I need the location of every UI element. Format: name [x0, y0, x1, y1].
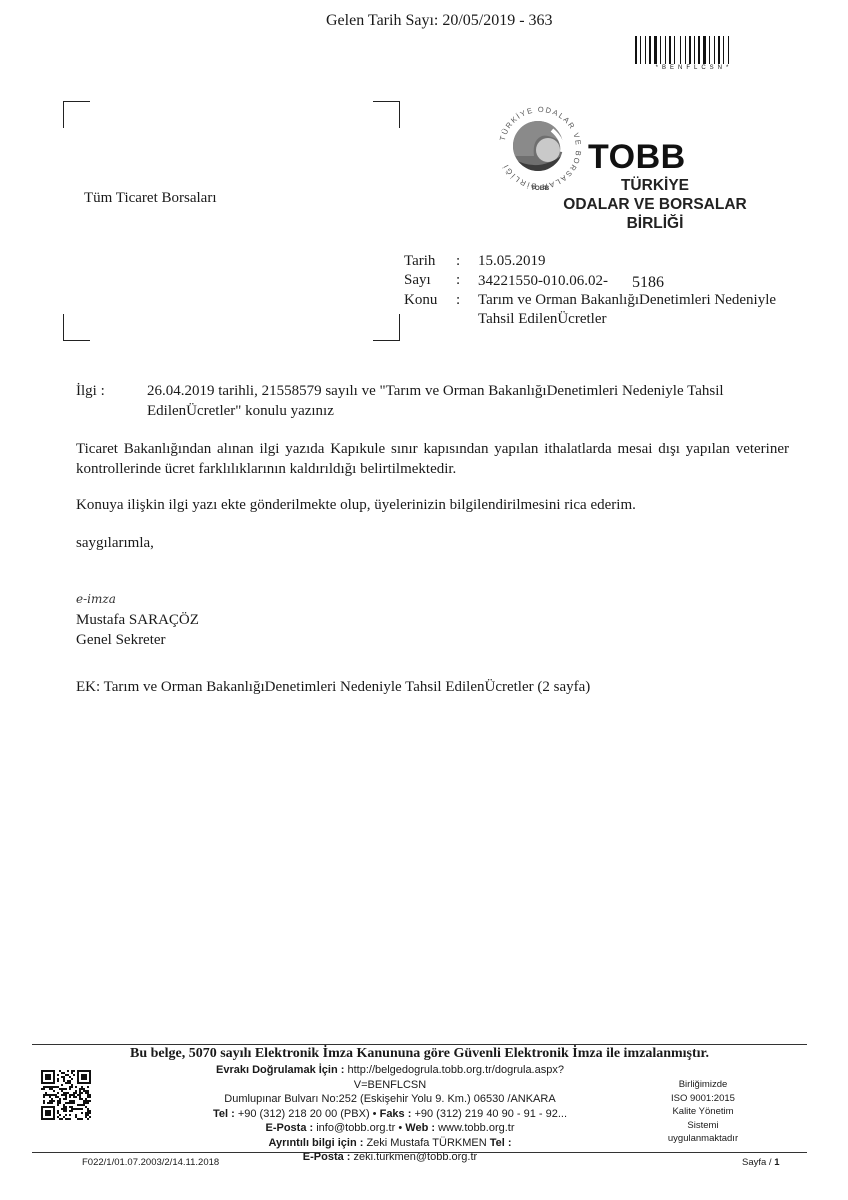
verify-line: Evrakı Doğrulamak İçin : http://belgedog…: [180, 1063, 600, 1092]
e-signature-mark: e-imza: [76, 592, 116, 606]
separator: :: [456, 291, 478, 329]
footer-divider: [32, 1152, 807, 1153]
meta-date-row: Tarih : 15.05.2019: [404, 252, 776, 271]
email-web-line: E-Posta : info@tobb.org.tr • Web : www.t…: [180, 1121, 600, 1136]
organization-name: TÜRKİYE ODALAR VE BORSALAR BİRLİĞİ: [555, 176, 755, 233]
phone-value: +90 (312) 218 20 00 (PBX): [238, 1108, 370, 1120]
reference-label: İlgi :: [76, 381, 147, 421]
contact-person: Zeki Mustafa TÜRKMEN: [366, 1137, 486, 1149]
email-link[interactable]: info@tobb.org.tr: [316, 1122, 395, 1134]
organization-abbreviation: TOBB: [588, 138, 686, 177]
date-label: Tarih: [404, 252, 456, 271]
incoming-date-stamp: Gelen Tarih Sayı: 20/05/2019 - 363: [326, 12, 553, 30]
address: Dumlupınar Bulvarı No:252 (Eskişehir Yol…: [180, 1092, 600, 1107]
date-value: 15.05.2019: [478, 252, 776, 271]
qr-code-icon: [40, 1065, 92, 1125]
barcode-text: *BENFLCSN*: [635, 65, 753, 71]
footer-contact-info: Evrakı Doğrulamak İçin : http://belgedog…: [180, 1063, 600, 1165]
subject-label: Konu: [404, 291, 456, 329]
address-window-corner: [373, 101, 400, 128]
signer: Mustafa SARAÇÖZ Genel Sekreter: [76, 610, 199, 650]
number-value: 34221550-010.06.02-: [478, 273, 608, 289]
page-number: Sayfa / 1: [742, 1157, 780, 1168]
body-paragraph: Konuya ilişkin ilgi yazı ekte gönderilme…: [76, 497, 636, 514]
e-signature-notice: Bu belge, 5070 sayılı Elektronik İmza Ka…: [32, 1046, 807, 1062]
org-name-line: TÜRKİYE: [555, 176, 755, 195]
reference: İlgi : 26.04.2019 tarihli, 21558579 sayı…: [76, 381, 767, 421]
separator: :: [456, 252, 478, 271]
number-label: Sayı: [404, 271, 456, 291]
meta-number-row: Sayı : 34221550-010.06.02-5186: [404, 271, 776, 291]
barcode-bars: [635, 36, 753, 64]
org-name-line: BİRLİĞİ: [555, 214, 755, 233]
address-window-corner: [373, 314, 400, 341]
subject-value: Tarım ve Orman BakanlığıDenetimleri Nede…: [478, 291, 776, 329]
fax-value: +90 (312) 219 40 90 - 91 - 92...: [414, 1108, 567, 1120]
form-code: F022/1/01.07.2003/2/14.11.2018: [82, 1157, 219, 1168]
signer-title: Genel Sekreter: [76, 630, 199, 650]
phone-line: Tel : +90 (312) 218 20 00 (PBX) • Faks :…: [180, 1107, 600, 1122]
number-suffix: 5186: [632, 274, 664, 291]
detail-line: Ayrıntılı bilgi için : Zeki Mustafa TÜRK…: [180, 1136, 600, 1151]
verify-label: Evrakı Doğrulamak İçin :: [216, 1064, 344, 1076]
org-name-line: ODALAR VE BORSALAR: [555, 195, 755, 214]
body-paragraph: Ticaret Bakanlığından alınan ilgi yazıda…: [76, 439, 789, 479]
reference-value: 26.04.2019 tarihli, 21558579 sayılı ve "…: [147, 381, 767, 421]
svg-text:TOBB: TOBB: [531, 185, 550, 192]
attachment-note: EK: Tarım ve Orman BakanlığıDenetimleri …: [76, 679, 590, 696]
address-window-corner: [63, 101, 90, 128]
separator: :: [456, 271, 478, 291]
meta-subject-row: Konu : Tarım ve Orman BakanlığıDenetimle…: [404, 291, 776, 329]
iso-certification-note: Birliğimizde ISO 9001:2015 Kalite Yöneti…: [628, 1078, 778, 1146]
recipient: Tüm Ticaret Borsaları: [84, 190, 216, 207]
footer-divider: [32, 1044, 807, 1045]
closing: saygılarımla,: [76, 535, 154, 552]
verify-link[interactable]: http://belgedogrula.tobb.org.tr/dogrula.…: [347, 1064, 563, 1091]
signer-name: Mustafa SARAÇÖZ: [76, 610, 199, 630]
document-barcode: *BENFLCSN*: [635, 36, 753, 72]
web-link[interactable]: www.tobb.org.tr: [438, 1122, 514, 1134]
address-window-corner: [63, 314, 90, 341]
document-meta: Tarih : 15.05.2019 Sayı : 34221550-010.0…: [404, 252, 776, 329]
